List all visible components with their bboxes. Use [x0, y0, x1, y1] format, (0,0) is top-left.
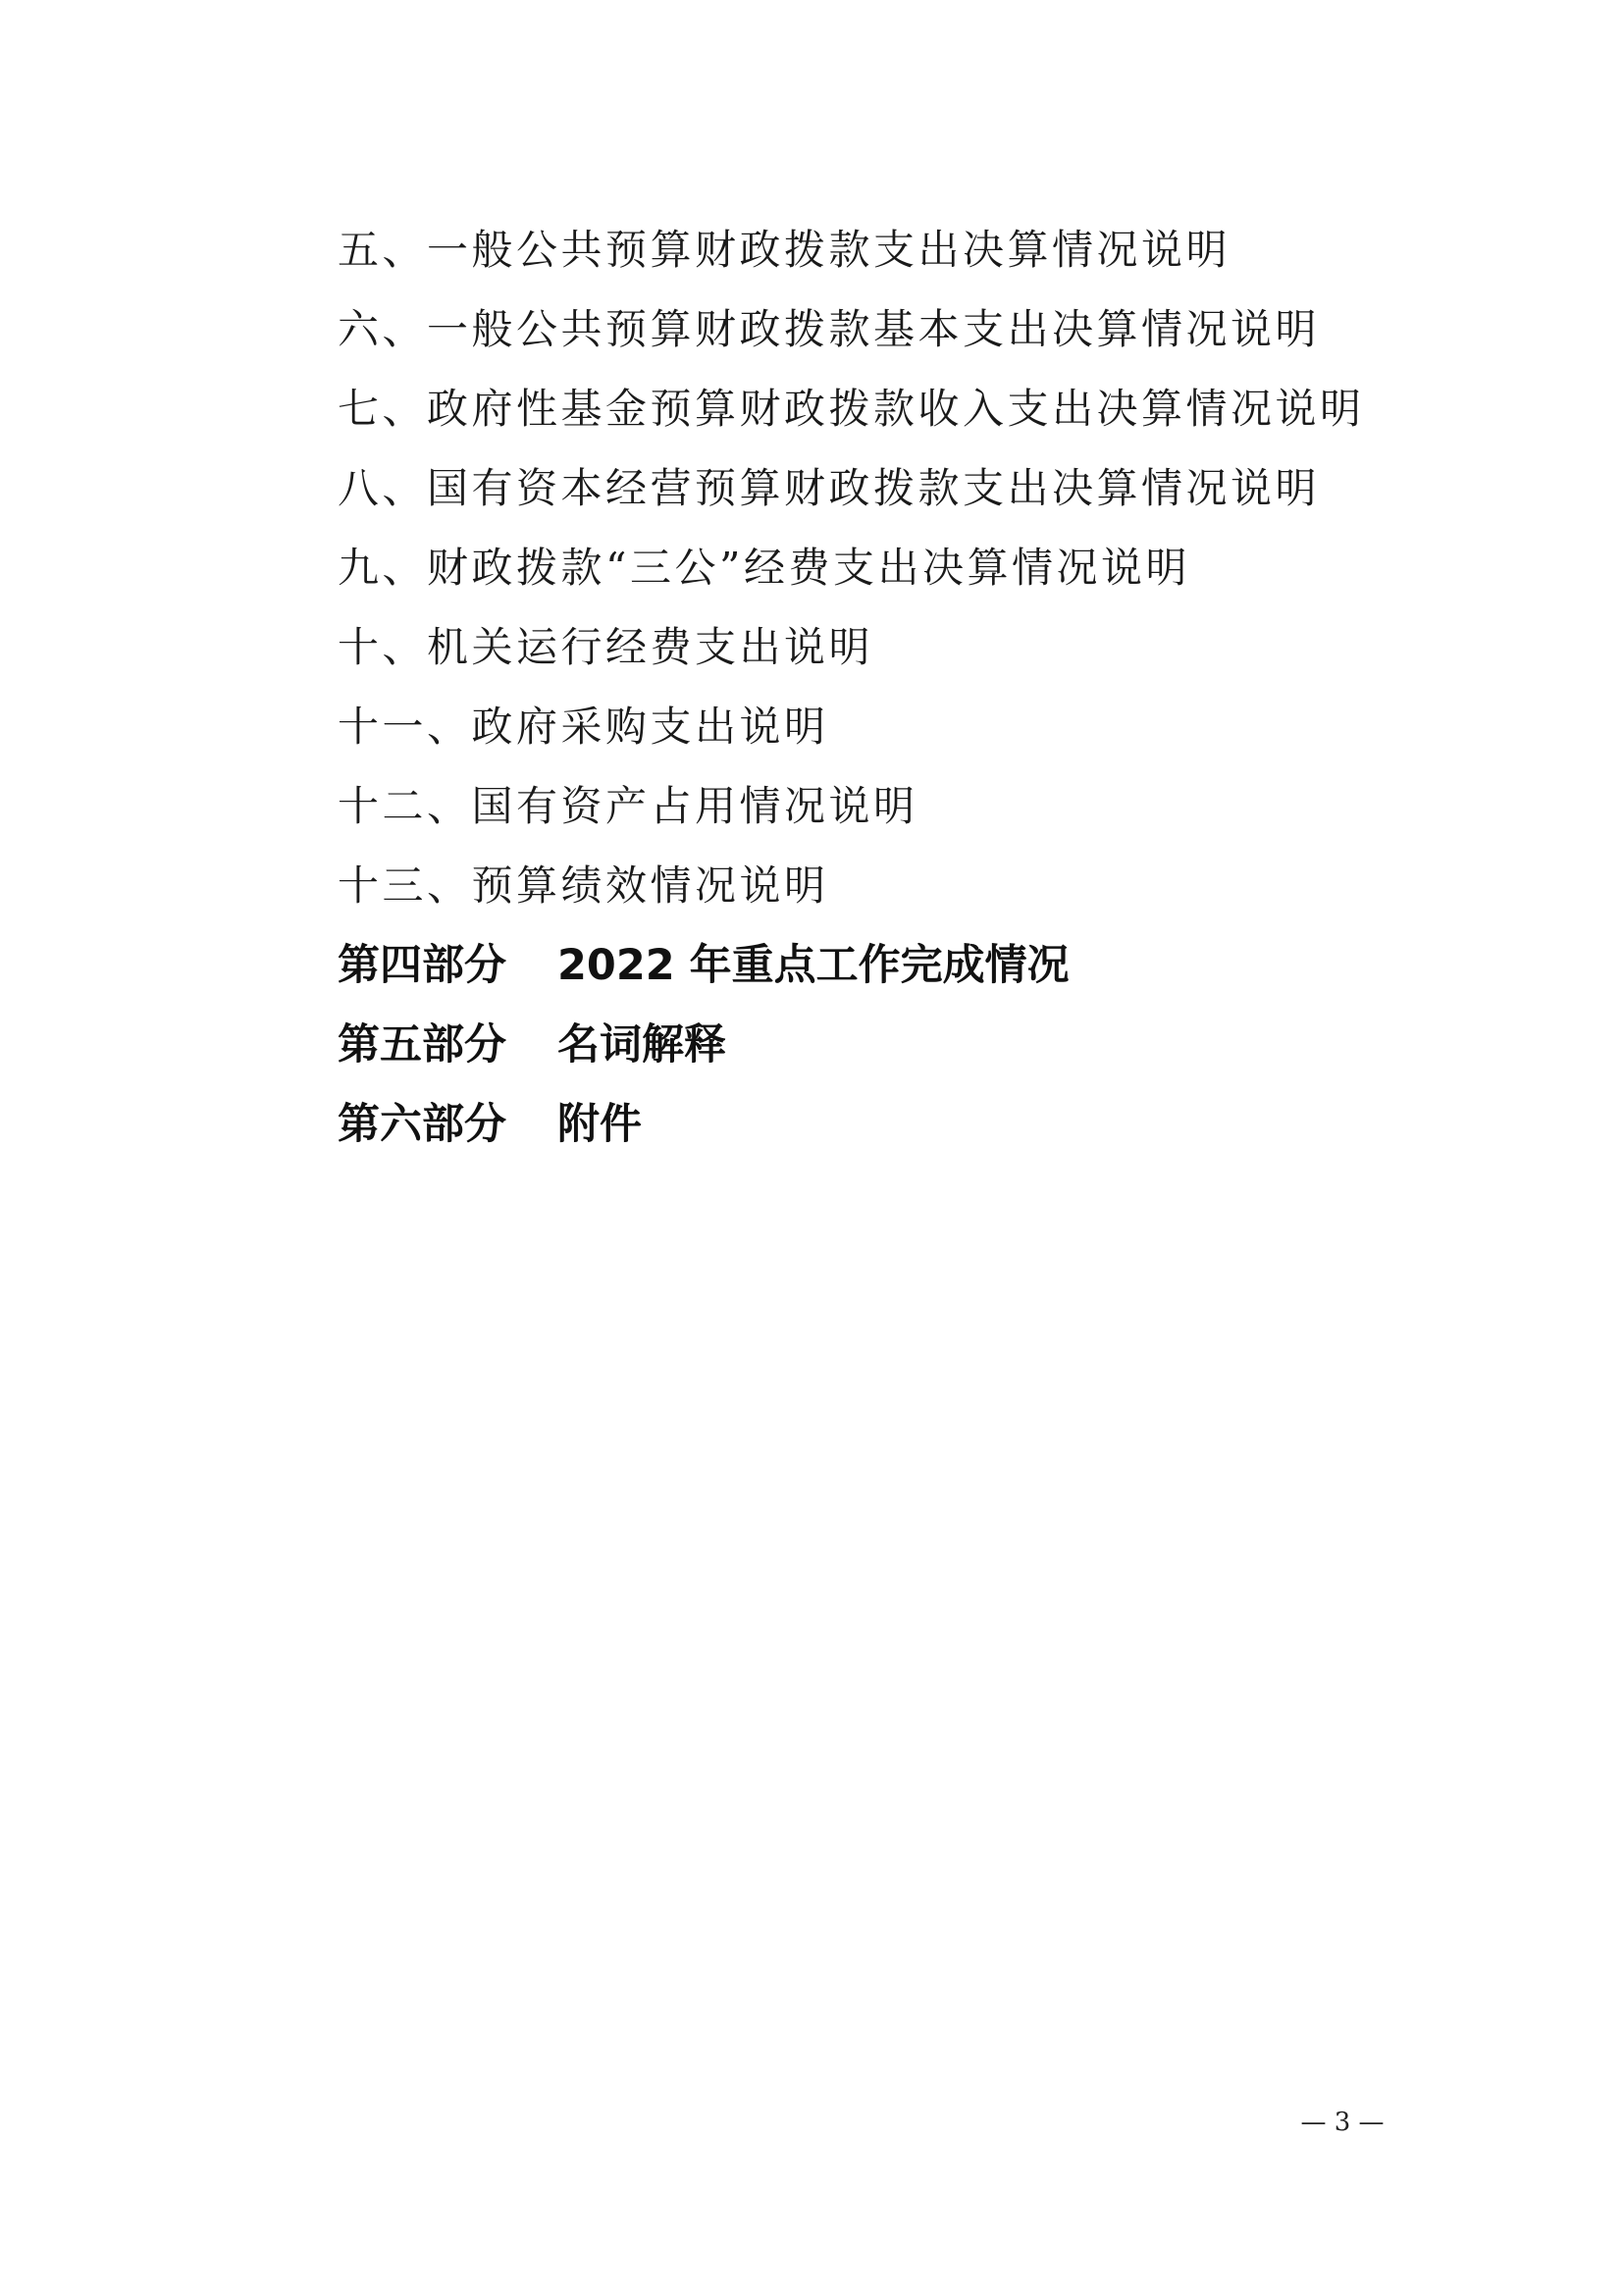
toc-item: 八、国有资本经营预算财政拨款支出决算情况说明	[338, 456, 1365, 536]
part-number: 第六部分	[338, 1092, 557, 1157]
toc-part-heading: 第五部分名词解释	[338, 1013, 1365, 1092]
part-number: 第四部分	[338, 933, 557, 998]
toc-part-heading: 第六部分附件	[338, 1092, 1365, 1172]
page-number: — 3 —	[1293, 2108, 1391, 2137]
document-page: 五、一般公共预算财政拨款支出决算情况说明 六、一般公共预算财政拨款基本支出决算情…	[0, 0, 1624, 2296]
toc-item: 五、一般公共预算财政拨款支出决算情况说明	[338, 218, 1365, 297]
part-title: 名词解释	[557, 1020, 726, 1070]
toc-item: 六、一般公共预算财政拨款基本支出决算情况说明	[338, 297, 1365, 377]
toc-item: 九、财政拨款“三公”经费支出决算情况说明	[338, 536, 1365, 615]
part-title: 2022 年重点工作完成情况	[557, 941, 1070, 990]
toc-item: 七、政府性基金预算财政拨款收入支出决算情况说明	[338, 377, 1365, 456]
part-title: 附件	[557, 1100, 642, 1149]
part-number: 第五部分	[338, 1013, 557, 1077]
toc-item: 十三、预算绩效情况说明	[338, 854, 1365, 933]
toc-item: 十一、政府采购支出说明	[338, 695, 1365, 774]
toc-part-heading: 第四部分2022 年重点工作完成情况	[338, 933, 1365, 1013]
toc-item: 十二、国有资产占用情况说明	[338, 774, 1365, 854]
toc-item: 十、机关运行经费支出说明	[338, 615, 1365, 695]
table-of-contents: 五、一般公共预算财政拨款支出决算情况说明 六、一般公共预算财政拨款基本支出决算情…	[338, 218, 1365, 1172]
